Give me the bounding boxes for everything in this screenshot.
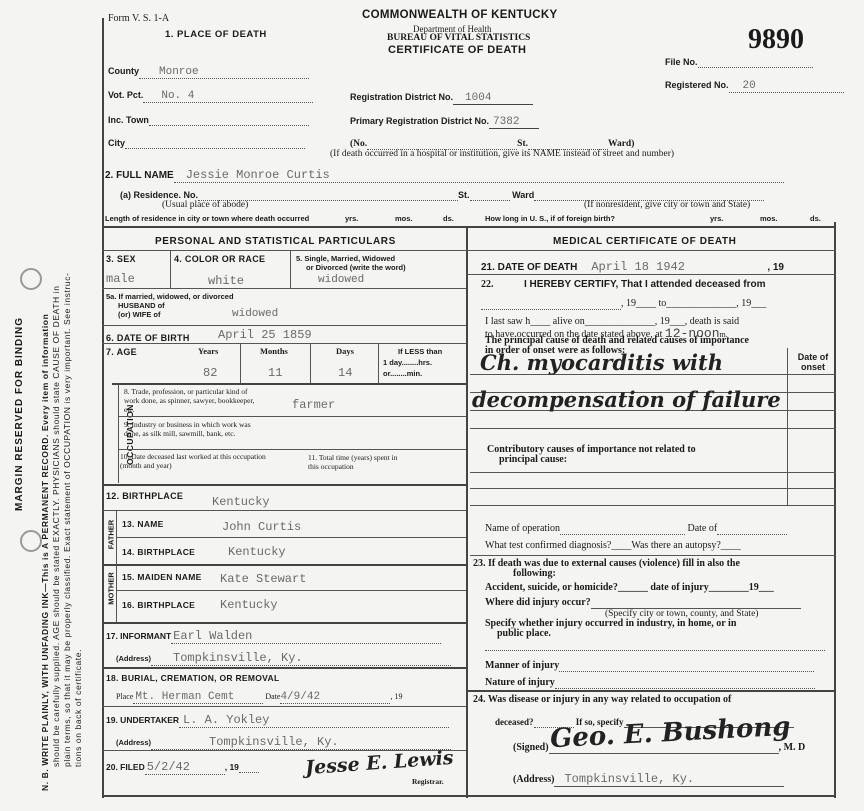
- margin-line-2: should be carefully supplied. AGE should…: [51, 285, 61, 767]
- age-months-value: 11: [268, 366, 282, 380]
- header-divider: [102, 226, 836, 228]
- undertaker-field: 19. UNDERTAKERL. A. Yokley: [106, 713, 449, 728]
- divider: [290, 250, 291, 288]
- primary-registration-value: 7382: [493, 116, 519, 128]
- date-of-death-value: April 18 1942: [591, 260, 685, 274]
- divider: [466, 690, 836, 692]
- external-causes-label: 23. If death was due to external causes …: [473, 559, 740, 579]
- form-right-border: [834, 222, 836, 798]
- divider: [102, 564, 466, 566]
- divider: [102, 706, 466, 707]
- undertaker-address-field: (Address)Tompkinsville, Ky.: [116, 735, 451, 750]
- county-value: Monroe: [159, 66, 199, 78]
- mother-side-label: MOTHER: [107, 564, 116, 614]
- divider: [118, 416, 466, 417]
- dob-value: April 25 1859: [218, 328, 312, 342]
- or-min-label: or........min.: [383, 369, 422, 378]
- margin-instructions: MARGIN RESERVED FOR BINDING N. B. WRITE …: [0, 0, 100, 811]
- certify-statement: 22. I HEREBY CERTIFY, That I attended de…: [481, 279, 766, 290]
- undertaker-value: L. A. Yokley: [183, 713, 269, 727]
- registration-district-value: 1004: [465, 92, 491, 104]
- father-birthplace-value: Kentucky: [228, 545, 286, 559]
- total-time-label: 11. Total time (years) spent in this occ…: [308, 453, 408, 471]
- divider: [787, 428, 788, 506]
- manner-of-injury-field: Manner of injury: [485, 660, 814, 672]
- divider: [102, 667, 466, 669]
- divider: [102, 288, 466, 289]
- margin-line-1: N. B. WRITE PLAINLY, WITH UNFADING INK—T…: [40, 314, 50, 791]
- informant-address-field: (Address)Tompkinsville, Ky.: [116, 651, 451, 666]
- informant-field: 17. INFORMANTEarl Walden: [106, 629, 441, 644]
- commonwealth-heading: COMMONWEALTH OF KENTUCKY: [362, 9, 557, 21]
- date-of-death-field: 21. DATE OF DEATHApril 18 1942, 19: [481, 260, 784, 275]
- trade-label: 8. Trade, profession, or particular kind…: [124, 387, 264, 414]
- marital-label-2: or Divorced (write the word): [306, 263, 406, 272]
- divider: [466, 250, 836, 251]
- cause-of-death-line-2: decompensation of failure: [472, 387, 781, 412]
- mother-name-label: 15. MAIDEN NAME: [122, 572, 202, 582]
- abode-note: (Usual place of abode): [162, 200, 248, 210]
- physician-address-field: (Address)Tompkinsville, Ky.: [513, 772, 784, 787]
- divider: [170, 250, 171, 288]
- test-autopsy-line: What test confirmed diagnosis?____Was th…: [485, 540, 741, 551]
- registrar-signature: Jesse E. Lewis: [304, 747, 454, 779]
- burial-label: 18. BURIAL, CREMATION, OR REMOVAL: [106, 673, 279, 683]
- burial-field: PlaceMt. Herman Cemt Date4/9/42, 19: [116, 691, 402, 704]
- last-worked-label: 10. Date deceased last worked at this oc…: [120, 452, 270, 470]
- accident-line: Accident, suicide, or homicide?______ da…: [485, 582, 774, 593]
- divider: [102, 343, 466, 344]
- spouse-label-1: 5a. If married, widowed, or divorced: [106, 292, 234, 301]
- filed-field: 20. FILED5/2/42, 19: [106, 760, 259, 775]
- cause-of-death-line-1: Ch. myocarditis with: [480, 350, 723, 375]
- county-field: CountyMonroe: [108, 66, 309, 79]
- vot-pct-field: Vot. Pct.No. 4: [108, 90, 313, 103]
- place-of-death-title: 1. PLACE OF DEATH: [165, 29, 267, 40]
- date-of-onset-label: Date of onset: [793, 352, 833, 372]
- divider: [102, 484, 466, 486]
- divider: [118, 383, 119, 483]
- divider: [470, 555, 836, 556]
- birthplace-value: Kentucky: [212, 495, 270, 509]
- divider: [116, 510, 117, 622]
- divider: [470, 488, 836, 489]
- full-name-value: Jessie Monroe Curtis: [186, 168, 330, 182]
- nature-of-injury-field: Nature of injury: [485, 677, 815, 689]
- divider: [378, 343, 379, 383]
- personal-section-title: PERSONAL AND STATISTICAL PARTICULARS: [155, 236, 396, 247]
- nonresident-note: (If nonresident, give city or town and S…: [584, 200, 750, 210]
- spouse-value: widowed: [232, 308, 278, 320]
- margin-line-3: plain terms, so that it may be properly …: [62, 272, 72, 767]
- divider: [116, 537, 466, 538]
- primary-registration-field: Primary Registration District No.7382: [350, 116, 539, 129]
- less-than-label: If LESS than: [398, 347, 442, 356]
- divider: [470, 505, 836, 506]
- marital-value: widowed: [318, 274, 364, 286]
- full-name-field: 2. FULL NAMEJessie Monroe Curtis: [105, 168, 784, 183]
- registrar-label: Registrar.: [412, 777, 444, 786]
- divider: [240, 343, 241, 383]
- burial-place-value: Mt. Herman Cemt: [135, 691, 234, 703]
- months-label: Months: [260, 346, 288, 356]
- length-of-residence-row: Length of residence in city or town wher…: [105, 214, 835, 223]
- divider: [470, 472, 836, 473]
- divider: [112, 383, 466, 385]
- city-field: City: [108, 138, 305, 149]
- divider: [310, 343, 311, 383]
- bureau-heading: BUREAU OF VITAL STATISTICS: [387, 33, 530, 43]
- binding-note: MARGIN RESERVED FOR BINDING: [14, 317, 25, 511]
- attended-dates: , 19____ to______________, 19___: [481, 298, 766, 310]
- age-years-value: 82: [203, 366, 217, 380]
- margin-line-4: tions on back of certificate.: [73, 649, 83, 767]
- medical-section-title: MEDICAL CERTIFICATE OF DEATH: [553, 236, 736, 247]
- mother-birthplace-label: 16. BIRTHPLACE: [122, 600, 195, 610]
- spouse-label-3: (or) WIFE of: [118, 310, 161, 319]
- informant-value: Earl Walden: [173, 629, 252, 643]
- burial-date-value: 4/9/42: [280, 691, 320, 703]
- industry-label: 9. Industry or business in which work wa…: [124, 420, 264, 438]
- divider: [470, 428, 836, 429]
- divider: [118, 449, 466, 450]
- registered-no-field: Registered No.20: [665, 80, 844, 93]
- race-label: 4. COLOR OR RACE: [174, 254, 265, 264]
- father-name-label: 13. NAME: [122, 519, 164, 529]
- trade-value: farmer: [292, 398, 335, 412]
- occupation-related-question: 24. Was disease or injury in any way rel…: [473, 694, 731, 705]
- form-number: Form V. S. 1-A: [108, 13, 169, 24]
- contributory-causes-label: Contributory causes of importance not re…: [487, 445, 696, 465]
- registration-district-field: Registration District No.1004: [350, 92, 533, 105]
- registered-no-value: 20: [743, 80, 756, 92]
- physician-address-value: Tompkinsville, Ky.: [564, 772, 694, 786]
- race-value: white: [208, 274, 244, 288]
- certificate-title: CERTIFICATE OF DEATH: [388, 44, 526, 56]
- sex-value: male: [106, 272, 135, 286]
- birthplace-label: 12. BIRTHPLACE: [106, 491, 183, 501]
- divider: [102, 510, 466, 511]
- age-label: 7. AGE: [106, 347, 137, 357]
- father-birthplace-label: 14. BIRTHPLACE: [122, 547, 195, 557]
- certificate-stamp-number: 9890: [748, 24, 804, 56]
- undertaker-address-value: Tompkinsville, Ky.: [209, 735, 339, 749]
- divider: [466, 274, 836, 275]
- file-no-field: File No.: [665, 57, 813, 68]
- column-divider: [466, 226, 468, 798]
- binding-hole-bottom: [20, 530, 42, 552]
- father-name-value: John Curtis: [222, 520, 301, 534]
- inc-town-field: Inc. Town: [108, 115, 309, 126]
- vot-pct-value: No. 4: [161, 90, 194, 102]
- dob-label: 6. DATE OF BIRTH: [106, 333, 190, 343]
- days-label: Days: [336, 346, 354, 356]
- hospital-note: (If death occurred in a hospital or inst…: [330, 149, 674, 159]
- mother-birthplace-value: Kentucky: [220, 598, 278, 612]
- mother-name-value: Kate Stewart: [220, 572, 306, 586]
- sex-label: 3. SEX: [106, 254, 136, 264]
- filed-value: 5/2/42: [147, 760, 190, 774]
- day-hrs-label: 1 day........hrs.: [383, 358, 432, 367]
- form-bottom-border: [102, 795, 836, 797]
- binding-hole-top: [20, 268, 42, 290]
- informant-address-value: Tompkinsville, Ky.: [173, 651, 303, 665]
- divider: [116, 590, 466, 591]
- injury-place-line: [485, 650, 825, 651]
- spouse-label-2: HUSBAND of: [118, 301, 165, 310]
- age-days-value: 14: [338, 366, 352, 380]
- marital-label-1: 5. Single, Married, Widowed: [296, 254, 395, 263]
- operation-field: Name of operation Date of: [485, 523, 787, 535]
- specify-injury-place: Specify whether injury occurred in indus…: [485, 619, 736, 639]
- divider: [102, 250, 466, 251]
- divider: [102, 325, 466, 326]
- form-left-border: [102, 18, 104, 798]
- years-label: Years: [198, 346, 218, 356]
- divider: [102, 622, 466, 624]
- father-side-label: FATHER: [107, 510, 116, 560]
- where-injury-field: Where did injury occur?: [485, 597, 801, 609]
